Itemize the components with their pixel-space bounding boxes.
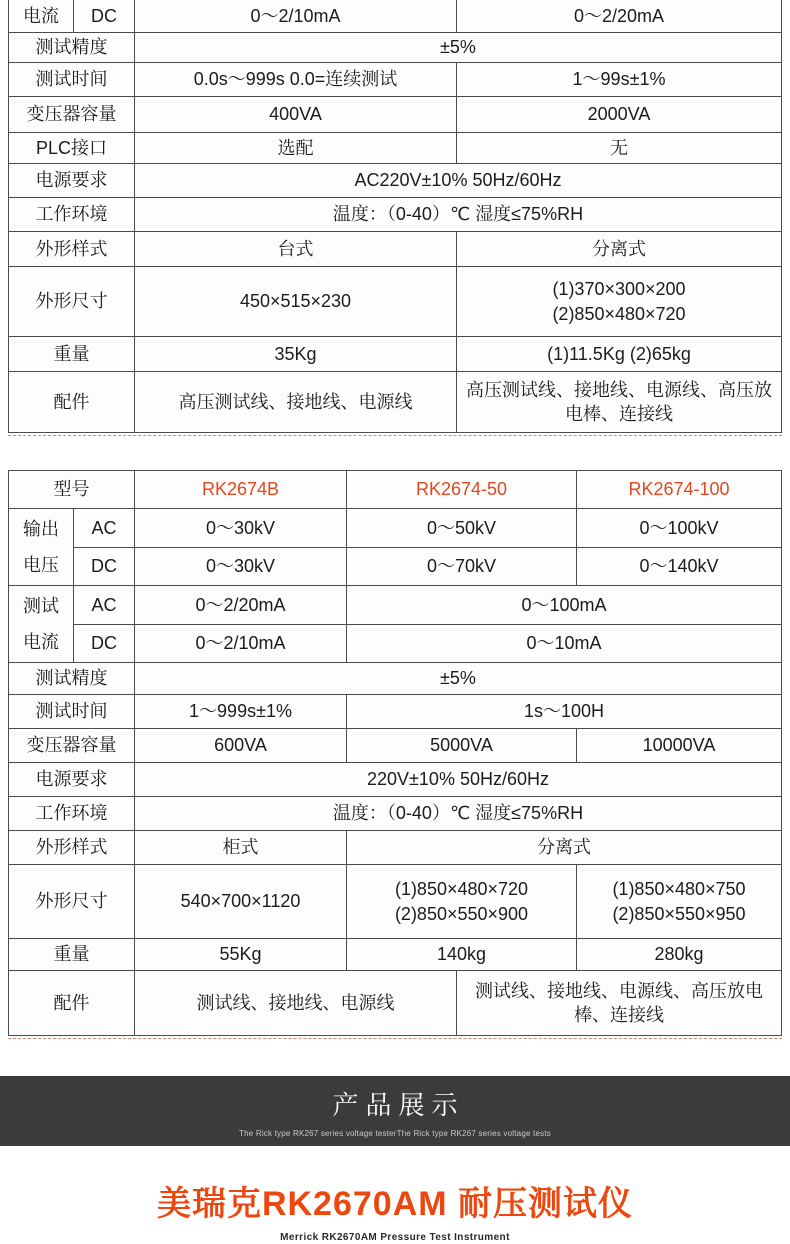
row-label: 电流 [9, 0, 73, 32]
row-sublabel: AC [73, 509, 134, 547]
cell-value: 温度：（0-40）℃ 湿度≤75%RH [134, 797, 781, 830]
cell-value: 280kg [576, 939, 781, 970]
spec-row-dimensions: 外形尺寸 450×515×230 (1)370×300×200 (2)850×4… [9, 266, 781, 336]
cell-value: 测试线、接地线、电源线 [134, 971, 456, 1035]
cell-value: 0～70kV [346, 548, 576, 586]
cell-value: 测试线、接地线、电源线、高压放电棒、连接线 [456, 971, 781, 1035]
cell-value: 55Kg [134, 939, 346, 970]
cell-value: 0.0s～999s 0.0=连续测试 [134, 63, 456, 96]
spec-row-form-style: 外形样式 柜式 分离式 [9, 830, 781, 864]
spec-row-environment: 工作环境 温度：（0-40）℃ 湿度≤75%RH [9, 197, 781, 231]
cell-value: 0～30kV [134, 509, 346, 547]
cell-value: 0～2/20mA [456, 0, 781, 32]
cell-value: 5000VA [346, 729, 576, 762]
cell-value: 高压测试线、接地线、电源线 [134, 372, 456, 432]
cell-value: 2000VA [456, 97, 781, 132]
cell-value: (1)11.5Kg (2)65kg [456, 337, 781, 371]
cell-value: 35Kg [134, 337, 456, 371]
model-name: RK2674B [134, 471, 346, 508]
cell-value: 0～50kV [346, 509, 576, 547]
cell-value: 温度：（0-40）℃ 湿度≤75%RH [134, 198, 781, 231]
cell-value: 分离式 [456, 232, 781, 266]
row-label: 配件 [9, 971, 134, 1035]
spec-group-output-voltage: 输出 电压 AC 0～30kV 0～50kV 0～100kV DC 0～30kV… [9, 508, 781, 585]
cell-value: 400VA [134, 97, 456, 132]
cell-value: 540×700×1120 [134, 865, 346, 938]
cell-value: 1～999s±1% [134, 695, 346, 728]
spec-row-power: 电源要求 AC220V±10% 50Hz/60Hz [9, 163, 781, 197]
group-label: 测试 电流 [9, 586, 73, 662]
spec-row-test-time: 测试时间 0.0s～999s 0.0=连续测试 1～99s±1% [9, 62, 781, 96]
product-subtitle: Merrick RK2670AM Pressure Test Instrumen… [0, 1232, 790, 1243]
row-label: 工作环境 [9, 198, 134, 231]
cell-value: 0～100kV [576, 509, 781, 547]
spec-row-environment: 工作环境 温度：（0-40）℃ 湿度≤75%RH [9, 796, 781, 830]
cell-value: 450×515×230 [134, 267, 456, 336]
cell-value: 分离式 [346, 831, 781, 864]
row-label: 变压器容量 [9, 97, 134, 132]
row-label: 测试时间 [9, 695, 134, 728]
spec-row-accessories: 配件 测试线、接地线、电源线 测试线、接地线、电源线、高压放电棒、连接线 [9, 970, 781, 1035]
cell-value: 柜式 [134, 831, 346, 864]
row-label: 重量 [9, 337, 134, 371]
spec-row-accuracy: 测试精度 ±5% [9, 32, 781, 62]
cell-value: 140kg [346, 939, 576, 970]
model-name: RK2674-50 [346, 471, 576, 508]
group-label: 输出 电压 [9, 509, 73, 585]
spec-row-current-ac: AC 0～2/20mA 0～100mA [73, 586, 781, 624]
cell-value: 0～140kV [576, 548, 781, 586]
cell-value: 600VA [134, 729, 346, 762]
spec-row-transformer: 变压器容量 400VA 2000VA [9, 96, 781, 132]
row-sublabel: DC [73, 548, 134, 586]
cell-value: 0～2/10mA [134, 0, 456, 32]
row-sublabel: AC [73, 586, 134, 624]
model-name: RK2674-100 [576, 471, 781, 508]
spec-row-current-dc: 电流 DC 0～2/10mA 0～2/20mA [9, 0, 781, 32]
cell-value: ±5% [134, 663, 781, 694]
cell-value: (1)850×480×720 (2)850×550×900 [346, 865, 576, 938]
cell-value: 高压测试线、接地线、电源线、高压放电棒、连接线 [456, 372, 781, 432]
spec-row-transformer: 变压器容量 600VA 5000VA 10000VA [9, 728, 781, 762]
row-label: 外形尺寸 [9, 865, 134, 938]
spec-table-rk2674-series: 型号 RK2674B RK2674-50 RK2674-100 输出 电压 AC… [8, 470, 782, 1036]
cell-value: 0～10mA [346, 625, 781, 663]
cell-value: 220V±10% 50Hz/60Hz [134, 763, 781, 796]
cell-value: 1～99s±1% [456, 63, 781, 96]
row-label: 变压器容量 [9, 729, 134, 762]
spec-row-accessories: 配件 高压测试线、接地线、电源线 高压测试线、接地线、电源线、高压放电棒、连接线 [9, 371, 781, 432]
cell-value: 0～30kV [134, 548, 346, 586]
cell-value: 台式 [134, 232, 456, 266]
row-label: 电源要求 [9, 763, 134, 796]
row-label: 测试时间 [9, 63, 134, 96]
cell-value: AC220V±10% 50Hz/60Hz [134, 164, 781, 197]
row-sublabel: DC [73, 625, 134, 663]
cell-value: (1)370×300×200 (2)850×480×720 [456, 267, 781, 336]
row-label: 测试精度 [9, 33, 134, 62]
row-label: 工作环境 [9, 797, 134, 830]
row-label: 电源要求 [9, 164, 134, 197]
section-title: 产品展示 [325, 1085, 464, 1122]
row-label: 测试精度 [9, 663, 134, 694]
cell-value: 0～2/10mA [134, 625, 346, 663]
cell-value: ±5% [134, 33, 781, 62]
cell-value: 无 [456, 133, 781, 163]
spec-row-dimensions: 外形尺寸 540×700×1120 (1)850×480×720 (2)850×… [9, 864, 781, 938]
table-bottom-divider [8, 1038, 782, 1039]
section-subtitle: The Rick type RK267 series voltage teste… [239, 1129, 551, 1138]
spec-row-plc: PLC接口 选配 无 [9, 132, 781, 163]
product-title: 美瑞克RK2670AM 耐压测试仪 [0, 1176, 790, 1225]
spec-row-accuracy: 测试精度 ±5% [9, 662, 781, 694]
spec-row-form-style: 外形样式 台式 分离式 [9, 231, 781, 266]
cell-value: 10000VA [576, 729, 781, 762]
cell-value: 0～100mA [346, 586, 781, 624]
cell-value: 选配 [134, 133, 456, 163]
product-title-block: 美瑞克RK2670AM 耐压测试仪 Merrick RK2670AM Press… [0, 1176, 790, 1243]
spec-row-output-dc: DC 0～30kV 0～70kV 0～140kV [73, 547, 781, 586]
spec-row-test-time: 测试时间 1～999s±1% 1s～100H [9, 694, 781, 728]
row-label: 外形尺寸 [9, 267, 134, 336]
spec-row-model: 型号 RK2674B RK2674-50 RK2674-100 [9, 471, 781, 508]
spec-table-top: 电流 DC 0～2/10mA 0～2/20mA 测试精度 ±5% 测试时间 0.… [8, 0, 782, 433]
cell-value: 0～2/20mA [134, 586, 346, 624]
row-label: 外形样式 [9, 232, 134, 266]
spec-row-output-ac: AC 0～30kV 0～50kV 0～100kV [73, 509, 781, 547]
row-label: 配件 [9, 372, 134, 432]
row-label: 型号 [9, 471, 134, 508]
spec-row-current-dc: DC 0～2/10mA 0～10mA [73, 624, 781, 663]
section-banner: 产品展示 The Rick type RK267 series voltage … [0, 1076, 790, 1146]
row-label: 外形样式 [9, 831, 134, 864]
spec-row-weight: 重量 35Kg (1)11.5Kg (2)65kg [9, 336, 781, 371]
row-label: 重量 [9, 939, 134, 970]
spec-group-test-current: 测试 电流 AC 0～2/20mA 0～100mA DC 0～2/10mA 0～… [9, 585, 781, 662]
row-sublabel: DC [73, 0, 134, 32]
table-bottom-divider [8, 435, 782, 436]
row-label: PLC接口 [9, 133, 134, 163]
cell-value: (1)850×480×750 (2)850×550×950 [576, 865, 781, 938]
cell-value: 1s～100H [346, 695, 781, 728]
spec-row-weight: 重量 55Kg 140kg 280kg [9, 938, 781, 970]
spec-row-power: 电源要求 220V±10% 50Hz/60Hz [9, 762, 781, 796]
